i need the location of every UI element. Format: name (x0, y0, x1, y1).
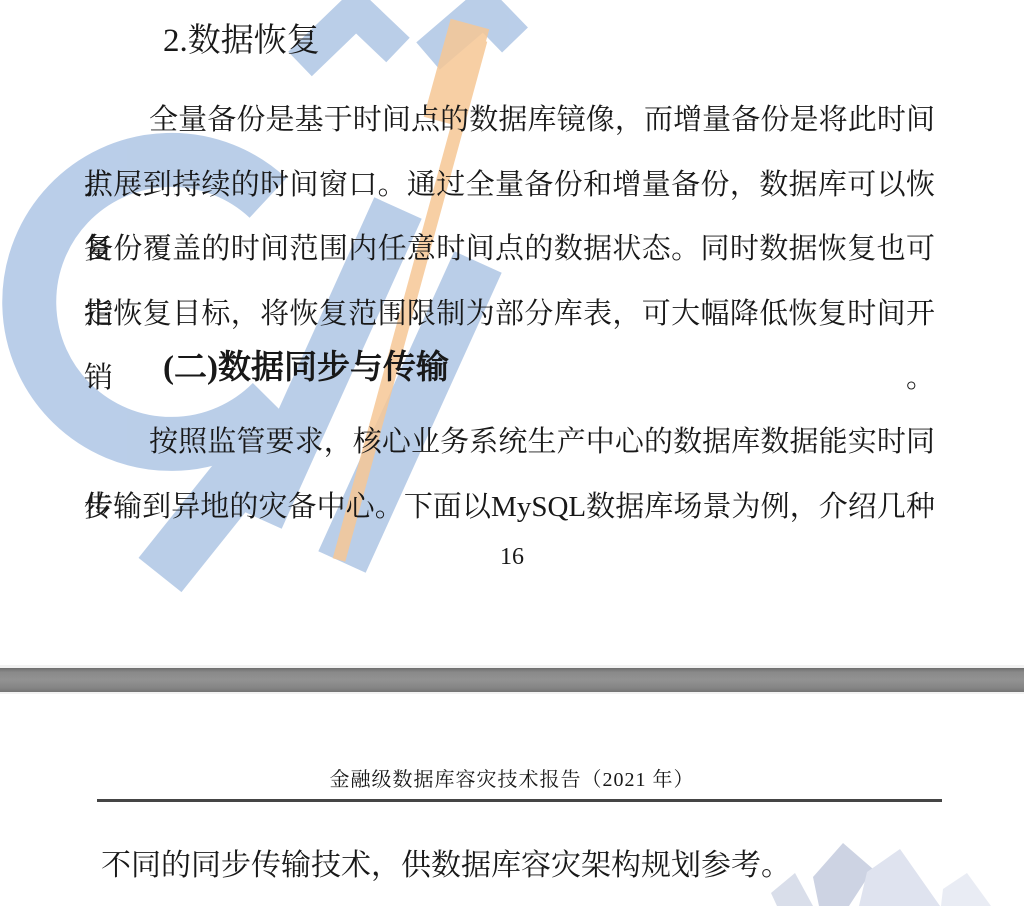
document-viewer: 2.数据恢复 全量备份是基于时间点的数据库镜像，而增量备份是将此时间点 扩展到持… (0, 0, 1024, 906)
text-line: 传输到异地的灾备中心。下面以MySQL数据库场景为例，介绍几种 (84, 475, 935, 540)
page-16: 2.数据恢复 全量备份是基于时间点的数据库镜像，而增量备份是将此时间点 扩展到持… (0, 0, 1024, 640)
subsection-heading: 2.数据恢复 (163, 22, 320, 62)
page-17: 金融级数据库容灾技术报告（2021 年） 不同的同步传输技术，供数据库容灾架构规… (0, 694, 1024, 906)
header-rule (97, 799, 942, 802)
report-running-header: 金融级数据库容灾技术报告（2021 年） (0, 768, 1024, 792)
paragraph-data-sync: 按照监管要求，核心业务系统生产中心的数据库数据能实时同步 传输到异地的灾备中心。… (84, 410, 935, 539)
page-divider (0, 665, 1024, 694)
text-line: 备份覆盖的时间范围内任意时间点的数据状态。同时数据恢复也可指 (84, 217, 935, 282)
section-heading: (二)数据同步与传输 (163, 349, 449, 389)
page-number: 16 (0, 543, 1024, 572)
text-line: 按照监管要求，核心业务系统生产中心的数据库数据能实时同步 (84, 410, 935, 475)
text-line: 定恢复目标，将恢复范围限制为部分库表，可大幅降低恢复时间开销。 (84, 282, 935, 347)
paragraph-data-recovery: 全量备份是基于时间点的数据库镜像，而增量备份是将此时间点 扩展到持续的时间窗口。… (84, 88, 935, 346)
text-line: 全量备份是基于时间点的数据库镜像，而增量备份是将此时间点 (84, 88, 935, 153)
text-line: 不同的同步传输技术，供数据库容灾架构规划参考。 (101, 846, 791, 887)
page-divider-bar (0, 668, 1024, 692)
text-line: 扩展到持续的时间窗口。通过全量备份和增量备份，数据库可以恢复 (84, 153, 935, 218)
